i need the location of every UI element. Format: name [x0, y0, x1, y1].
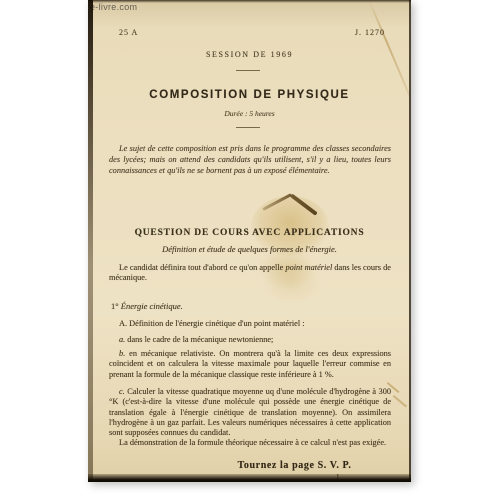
intro-text: Le candidat définira tout d'abord ce qu'… [119, 263, 285, 272]
intro-paragraph: Le candidat définira tout d'abord ce qu'… [109, 263, 391, 284]
page-title: COMPOSITION DE PHYSIQUE [88, 89, 411, 101]
session-line: SESSION DE 1969 [88, 50, 411, 59]
part1-heading: 1° Énergie cinétique. [111, 301, 183, 311]
site-watermark: e-livre.com [90, 2, 137, 12]
item-b: b. en mécanique relativiste. On montrera… [109, 349, 391, 380]
item-c-text: Calculer la vitesse quadratique moyenne … [109, 387, 391, 437]
product-photo: e-livre.com 25 A J. 1270 SESSION DE 1969… [0, 0, 500, 500]
part1-number: 1° [111, 301, 121, 311]
scan-edge-left [88, 0, 93, 482]
scan-edge-bottom [88, 474, 411, 482]
page-number: 1 [336, 473, 340, 481]
paper-crease [393, 395, 407, 407]
divider-rule [236, 127, 260, 128]
section-subtitle: Définition et étude de quelques formes d… [88, 244, 411, 254]
item-a-text: dans le cadre de la mécanique newtonienn… [125, 335, 273, 344]
paper-crease [368, 0, 410, 97]
part1-title: Énergie cinétique. [121, 301, 183, 311]
duration-subtitle: Durée : 5 heures [88, 109, 411, 118]
divider-rule [236, 70, 260, 71]
item-A: A. Définition de l'énergie cinétique d'u… [119, 319, 305, 328]
intro-emphasis: point matériel [285, 263, 332, 272]
item-b-text: en mécanique relativiste. On montrera qu… [109, 349, 391, 379]
item-c: c. Calculer la vitesse quadratique moyen… [109, 387, 391, 438]
stain-stroke-right [290, 193, 318, 215]
notice-paragraph: Le sujet de cette composition est pris d… [109, 143, 391, 176]
stain-stroke-left [262, 193, 292, 211]
document-ref-left: 25 A [119, 28, 138, 37]
closing-note: La démonstration de la formule théorique… [109, 438, 391, 448]
turn-page-notice: Tournez la page S. V. P. [88, 460, 411, 471]
scanned-exam-page: e-livre.com 25 A J. 1270 SESSION DE 1969… [88, 0, 411, 482]
item-a: a. dans le cadre de la mécanique newtoni… [119, 335, 273, 344]
section-heading: QUESTION DE COURS AVEC APPLICATIONS [88, 228, 411, 238]
document-ref-right: J. 1270 [355, 28, 385, 37]
scan-edge-right [409, 0, 411, 482]
